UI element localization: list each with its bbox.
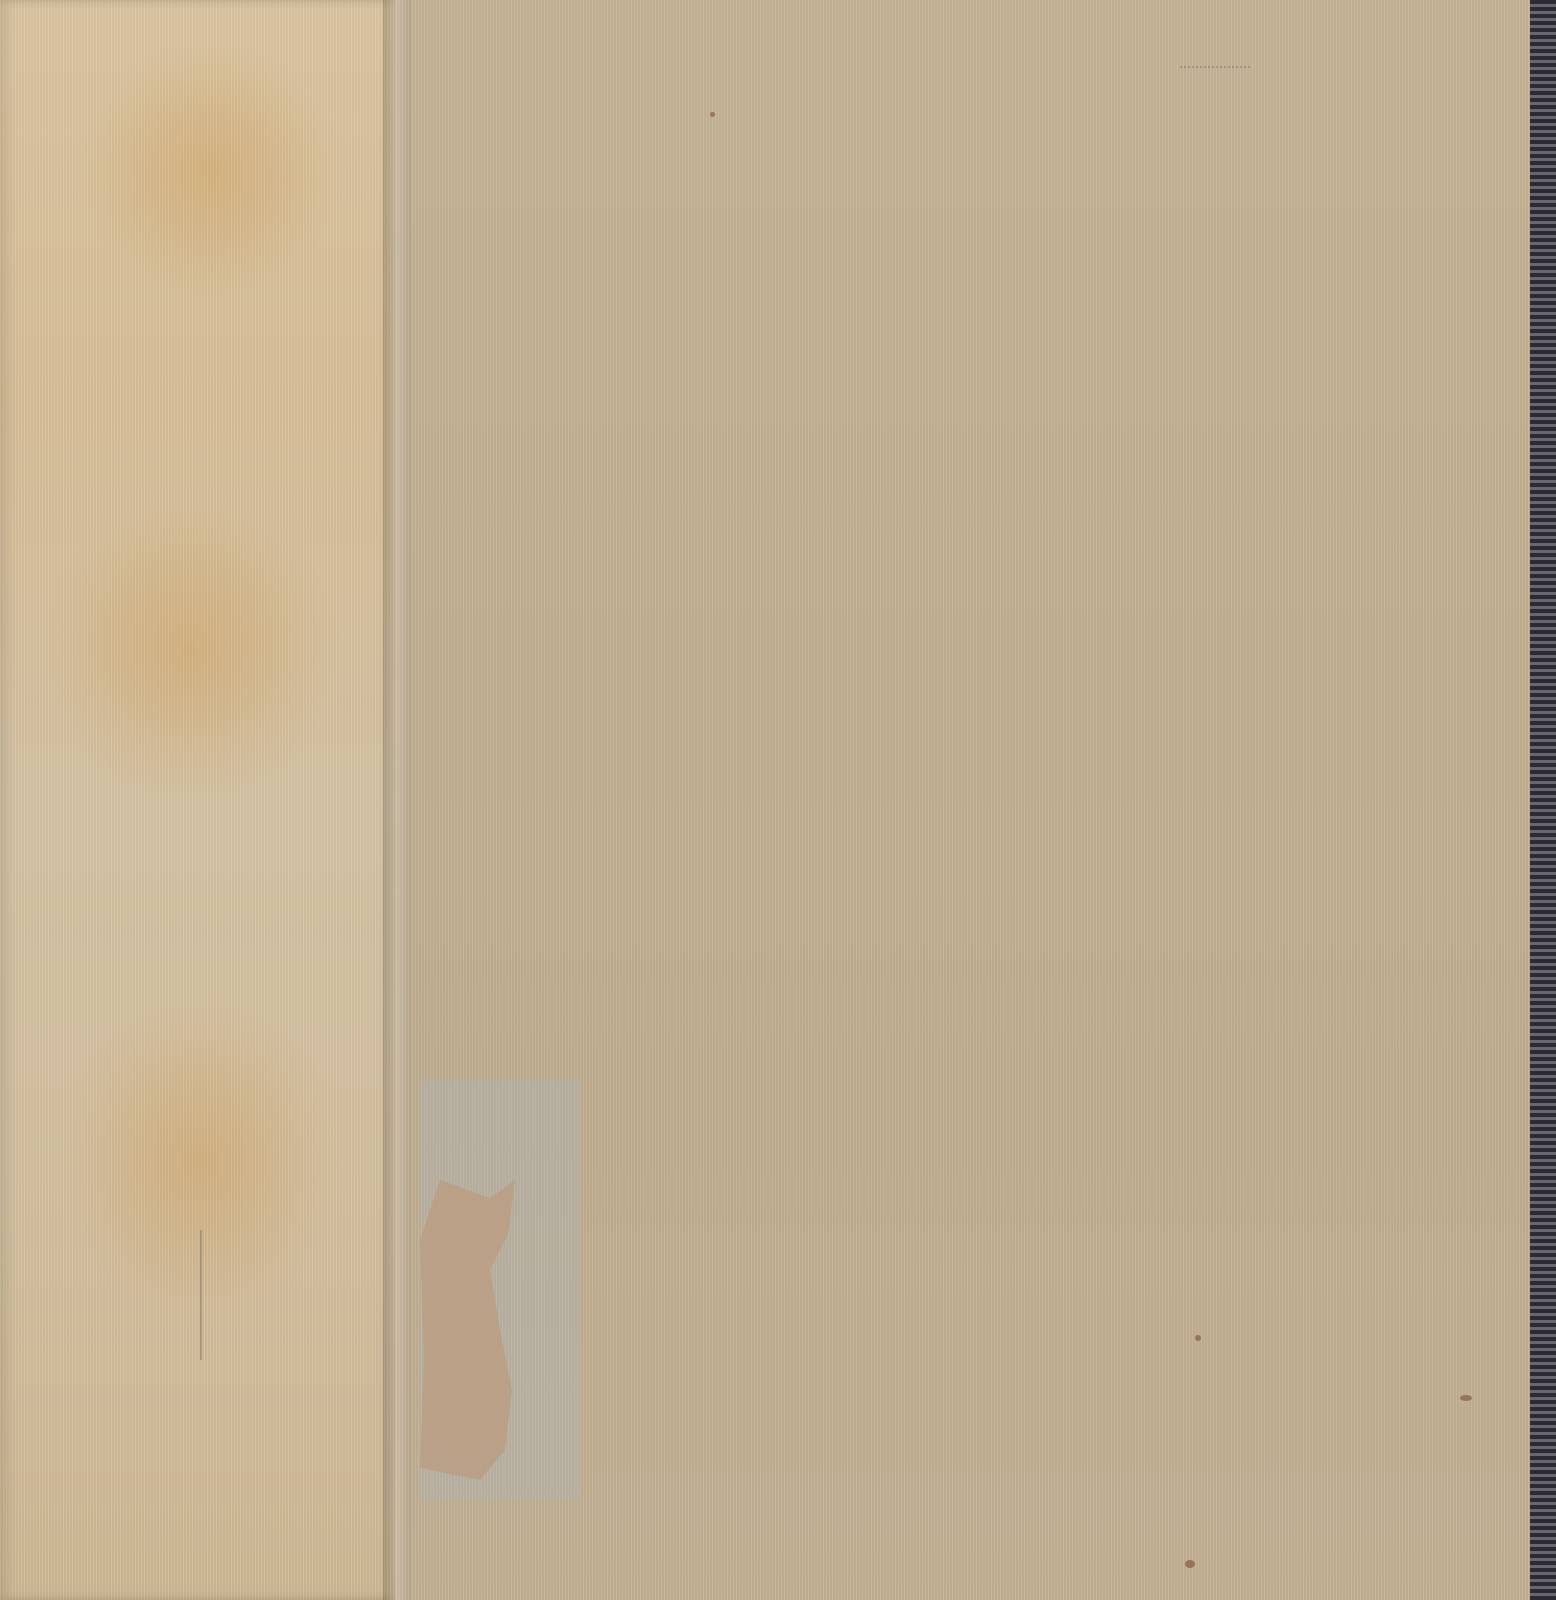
book-cover [0, 0, 1530, 1600]
cloth-texture-overlay [0, 0, 412, 1600]
page-block-edges [1526, 0, 1556, 1600]
board-pencil-mark [1180, 50, 1250, 68]
stain-spot [1195, 1335, 1201, 1341]
stain-spot [710, 112, 715, 117]
stain-spot [1460, 1395, 1472, 1401]
stain-spot [1185, 1560, 1195, 1568]
